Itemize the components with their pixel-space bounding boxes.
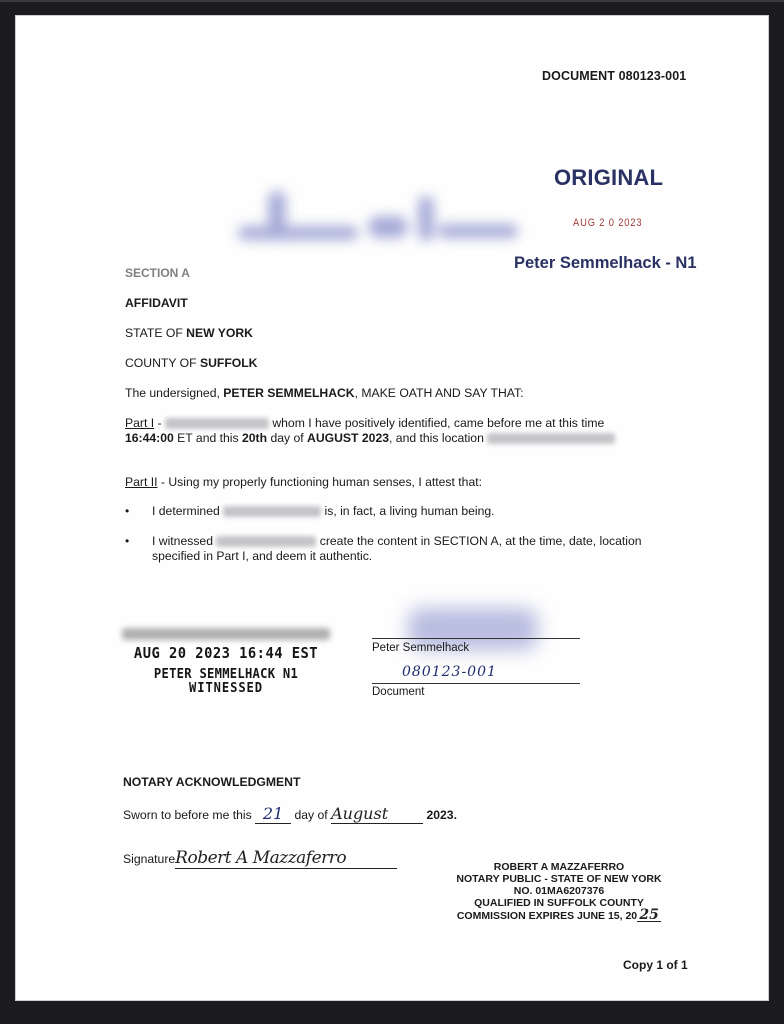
part-1-month-year: AUGUST 2023: [307, 431, 389, 445]
bullet-2-prefix: I witnessed: [152, 534, 216, 548]
oath-suffix: , MAKE OATH AND SAY THAT:: [355, 386, 524, 400]
notary-handwritten-signature: Robert A Mazzaferro: [175, 848, 397, 869]
witness-stamp-datetime: AUG 20 2023 16:44 EST: [125, 644, 327, 662]
redacted-coordinates: [122, 628, 330, 640]
redacted-location: [487, 433, 615, 444]
signature-line: [372, 638, 580, 639]
signature-label: Signature: [123, 852, 175, 866]
part-1-text-a: whom I have positively identified, came …: [269, 416, 604, 430]
bullet-1-suffix: is, in fact, a living human being.: [321, 504, 494, 518]
window-top-edge: [0, 0, 784, 2]
copy-count: Copy 1 of 1: [623, 958, 688, 972]
part-1-label: Part I: [125, 416, 154, 430]
state-prefix: STATE OF: [125, 326, 186, 340]
bullet-2-suffix: create the content in SECTION A, at the …: [316, 534, 641, 548]
sworn-line: Sworn to before me this 21 day of August…: [123, 804, 457, 824]
notary-stamp-name: Peter Semmelhack - N1: [514, 254, 697, 273]
bullet-1-prefix: I determined: [152, 504, 223, 518]
notary-number: NO. 01MA6207376: [436, 885, 682, 897]
part-1-text-d: , and this location: [389, 431, 487, 445]
bullet-2-line2: specified in Part I, and deem it authent…: [152, 549, 372, 563]
state-line: STATE OF NEW YORK: [125, 326, 253, 340]
part-2-text: - Using my properly functioning human se…: [158, 475, 482, 489]
part-1: Part I - whom I have positively identifi…: [125, 416, 645, 446]
state-value: NEW YORK: [186, 326, 253, 340]
part-1-text-b: ET and this: [174, 431, 242, 445]
notary-expiry: COMMISSION EXPIRES JUNE 15, 2025: [436, 909, 682, 922]
document-label: Document: [372, 686, 424, 698]
notary-title: NOTARY PUBLIC - STATE OF NEW YORK: [436, 873, 682, 885]
document-id: DOCUMENT 080123-001: [542, 69, 686, 83]
notary-expiry-text: COMMISSION EXPIRES JUNE 15, 20: [457, 910, 637, 922]
redacted-name: [223, 506, 321, 517]
received-date-stamp: AUG 2 0 2023: [573, 217, 642, 229]
part-1-day: 20th: [242, 431, 267, 445]
witness-stamp-status: WITNESSED: [127, 682, 325, 695]
notary-seal-block: ROBERT A MAZZAFERRO NOTARY PUBLIC - STAT…: [436, 861, 682, 922]
bullet-icon: •: [125, 504, 129, 518]
part-1-dash: -: [154, 416, 165, 430]
oath-line: The undersigned, PETER SEMMELHACK, MAKE …: [125, 386, 523, 400]
signer-label: Peter Semmelhack: [372, 642, 469, 654]
notary-signature-line: SignatureRobert A Mazzaferro: [123, 848, 397, 869]
part-1-time: 16:44:00: [125, 431, 174, 445]
original-stamp: ORIGINAL: [554, 165, 663, 191]
part-1-text-c: day of: [267, 431, 307, 445]
redacted-name: [165, 418, 269, 429]
notary-name: ROBERT A MAZZAFERRO: [436, 861, 682, 873]
day-of-text: day of: [291, 808, 331, 822]
part-2-intro: Part II - Using my properly functioning …: [125, 475, 482, 489]
section-label: SECTION A: [125, 266, 190, 280]
handwritten-day: 21: [255, 804, 291, 824]
county-value: SUFFOLK: [200, 356, 258, 370]
notary-year: 2023.: [423, 808, 457, 822]
bullet-2-text: I witnessed create the content in SECTIO…: [152, 534, 672, 564]
county-prefix: COUNTY OF: [125, 356, 200, 370]
part-2-label: Part II: [125, 475, 158, 489]
witness-stamp: AUG 20 2023 16:44 EST PETER SEMMELHACK N…: [116, 628, 336, 695]
handwritten-expiry-year: 25: [637, 909, 661, 922]
oath-prefix: The undersigned,: [125, 386, 223, 400]
notary-heading: NOTARY ACKNOWLEDGMENT: [123, 775, 300, 789]
document-page: DOCUMENT 080123-001 ORIGINAL AUG 2 0 202…: [16, 16, 768, 1000]
bullet-1-text: I determined is, in fact, a living human…: [152, 504, 495, 518]
document-title: AFFIDAVIT: [125, 296, 188, 310]
redacted-name: [216, 536, 316, 547]
county-line: COUNTY OF SUFFOLK: [125, 356, 257, 370]
oath-name: PETER SEMMELHACK: [223, 386, 354, 400]
sworn-prefix: Sworn to before me this: [123, 808, 255, 822]
redacted-signature: [228, 186, 528, 256]
document-line: [372, 683, 580, 684]
bullet-icon: •: [125, 534, 129, 548]
handwritten-month: August: [331, 804, 423, 824]
handwritten-document-number: 080123-001: [402, 664, 497, 680]
